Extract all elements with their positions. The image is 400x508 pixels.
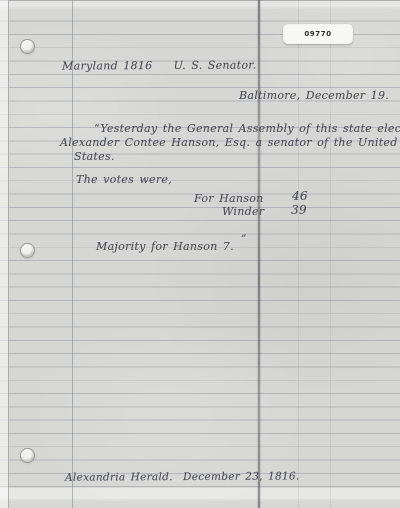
- page-fold-line: [258, 0, 260, 508]
- paper-crease: [298, 0, 299, 508]
- majority-note: Majority for Hanson 7.: [96, 240, 234, 253]
- dateline: Baltimore, December 19.: [239, 89, 389, 102]
- punch-hole: [20, 448, 35, 463]
- vote-count: 46: [292, 190, 308, 203]
- vote-candidate: Winder: [222, 205, 264, 218]
- body-line: States.: [74, 150, 115, 163]
- source-citation: Alexandria Herald. December 23, 1816.: [65, 470, 300, 484]
- margin-rule-line: [72, 0, 73, 508]
- punch-hole: [20, 243, 35, 258]
- scanned-notebook-page: 09770 Maryland 1816 U. S. Senator. Balti…: [0, 0, 400, 508]
- archive-number: 09770: [304, 30, 331, 38]
- page-top-edge: [0, 0, 400, 9]
- closing-quote-mark: ”: [241, 233, 246, 246]
- paper-crease: [330, 0, 331, 508]
- votes-intro: The votes were,: [76, 173, 172, 186]
- document-title: Maryland 1816 U. S. Senator.: [62, 58, 257, 72]
- archive-number-label: 09770: [283, 24, 353, 44]
- vote-candidate: For Hanson: [194, 192, 264, 205]
- page-left-edge: [0, 0, 9, 508]
- page-bottom-edge: [0, 488, 400, 501]
- vote-count: 39: [291, 204, 307, 217]
- body-line: Alexander Contee Hanson, Esq. a senator …: [60, 136, 398, 149]
- ruled-lines: [0, 0, 400, 508]
- punch-hole: [20, 39, 35, 54]
- body-line: “Yesterday the General Assembly of this …: [94, 122, 400, 135]
